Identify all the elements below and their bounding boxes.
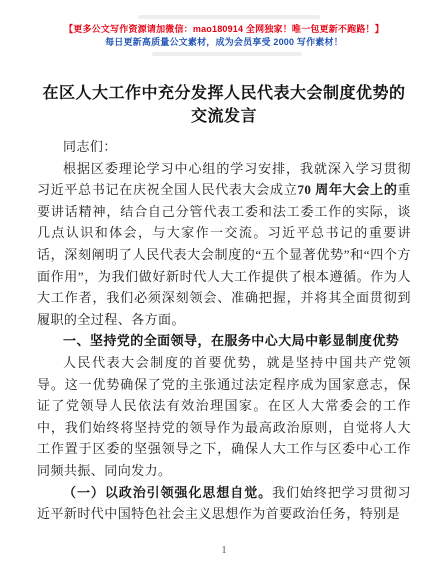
watermark-line-blue: 每日更新高质量公文素材，成为会员享受 2000 写作素材！ (0, 36, 448, 49)
document-title: 在区人大工作中充分发挥人民代表大会制度优势的交流发言 (40, 83, 408, 128)
document-body: 同志们： 根据区委理论学习中心组的学习安排，我就深入学习贯彻习近平总书记在庆祝全… (37, 136, 411, 525)
faded-header-artifact-bottom (152, 52, 302, 56)
section-heading-1: 一、坚持党的全面领导，在服务中心大局中彰显制度优势 (37, 330, 411, 352)
paragraph-1-bold-phrase: 70 周年大会上的 (297, 182, 397, 197)
page-number: 1 (0, 545, 448, 556)
paragraph-3: （一）以政治引领强化思想自觉。我们始终把学习贯彻习近平新时代中国特色社会主义思想… (37, 482, 411, 525)
document-page: 【更多公文写作资源请加微信：mao180914 全网独家！唯一包更新不跑路！】 … (0, 0, 448, 580)
paragraph-3-bold-lead: （一）以政治引领强化思想自觉。 (63, 485, 272, 500)
watermark-header: 【更多公文写作资源请加微信：mao180914 全网独家！唯一包更新不跑路！】 … (0, 0, 448, 48)
watermark-line-red: 【更多公文写作资源请加微信：mao180914 全网独家！唯一包更新不跑路！】 (0, 23, 448, 36)
faded-header-artifact-top (138, 15, 320, 19)
paragraph-2: 人民代表大会制度的首要优势，就是坚持中国共产党领导。这一优势确保了党的主张通过法… (37, 352, 411, 482)
paragraph-1: 根据区委理论学习中心组的学习安排，我就深入学习贯彻习近平总书记在庆祝全国人民代表… (37, 158, 411, 331)
paragraph-1-text-post: 重要讲话精神，结合自己分管代表工委和法工委工作的实际，谈几点认识和体会，与大家作… (37, 182, 411, 327)
salutation: 同志们： (37, 136, 411, 158)
